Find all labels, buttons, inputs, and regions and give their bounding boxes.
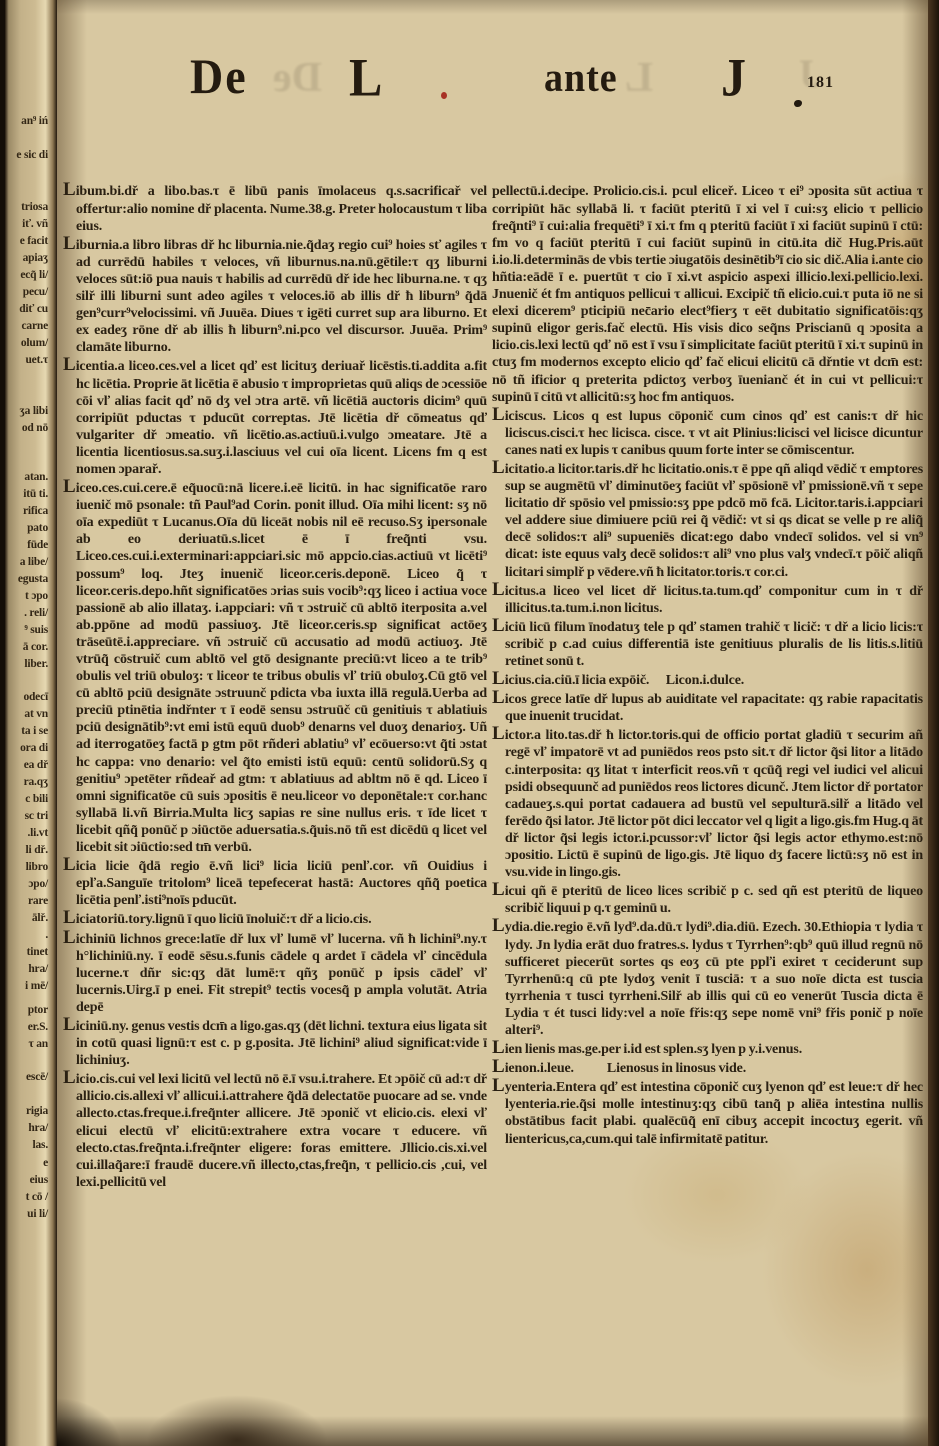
entry-initial: L [492, 579, 505, 600]
entry-initial: L [492, 404, 505, 425]
entry-text: ictor.a lito.tas.dř ħ lictor.toris.qui d… [505, 728, 923, 880]
entry-text: icitatio.a licitor.taris.dř hc licitatio… [505, 462, 923, 580]
entry-text: iciatoriū.tory.lignū ī quo liciū īnoluič… [76, 912, 372, 927]
entry-initial: L [492, 1056, 505, 1077]
left-column: Libum.bi.dř a libo.bas.τ ē libū panis īm… [63, 96, 487, 1281]
entry-initial: L [63, 1014, 76, 1035]
dictionary-entry: Lichiniū lichnos grece:latīe dř lux vľ l… [63, 929, 487, 1016]
entry-text: icio.cis.cui vel lexi licitū vel lectū n… [76, 1072, 487, 1190]
entry-initial: L [63, 476, 76, 497]
entry-text: icentia.a liceo.ces.vel a licet qď est l… [76, 359, 487, 477]
dictionary-entry: Liciscus. Licos q est lupus cōponič cum … [492, 406, 923, 459]
entry-text: ichiniū lichnos grece:latīe dř lux vľ lu… [76, 932, 487, 1015]
showthrough-letter: De [273, 54, 322, 102]
entry-text: ydia.die.regio ē.vñ lyd⁹.da.dū.τ lydi⁹.d… [505, 920, 923, 1038]
facing-page-edge: an⁹ iń e sic di triosa iť. vñ e facit ap… [5, 0, 57, 1446]
margin-fragment-block: e sic di [4, 130, 48, 164]
entry-initial: L [63, 907, 76, 928]
dictionary-entry: Lictor.a lito.tas.dř ħ lictor.toris.qui … [492, 725, 923, 881]
entry-initial: L [63, 1067, 76, 1088]
margin-fragment-block: escē/ [4, 1052, 48, 1086]
dictionary-entry: Liceo.ces.cui.cere.ē eq̃uocū:nā licere.i… [63, 478, 487, 856]
entry-initial: L [63, 854, 76, 875]
entry-text: ienon.i.leue. Lienosus in linosus vide. [505, 1061, 746, 1076]
entry-initial: L [492, 879, 505, 900]
entry-initial: L [492, 723, 505, 744]
margin-fragment-text: e sic di [16, 149, 48, 161]
margin-fragment-text: ptor er.S. τ an [28, 1004, 48, 1050]
margin-fragment-block: rifica pato fūde a libe/ egusta t ɔpo . … [4, 486, 48, 673]
entry-text: iceo.ces.cui.cere.ē eq̃uocū:nā licere.i.… [76, 481, 487, 855]
entry-initial: L [492, 615, 505, 636]
dictionary-entry: Liburnia.a libro libras dř hc liburnia.n… [63, 235, 487, 357]
entry-text: icia licie q̃dā regio ē.vñ lici⁹ licia l… [76, 859, 487, 908]
entry-initial: L [492, 668, 505, 689]
entry-initial: L [63, 233, 76, 254]
dictionary-entry: Liciniū.ny. genus vestis dcm̄ a ligo.gas… [63, 1016, 487, 1069]
page: De L J De L ante J 181 Libum.bi.dř a lib… [57, 0, 928, 1446]
margin-fragment-text: escē/ [26, 1071, 48, 1083]
entry-initial: L [492, 687, 505, 708]
entry-initial: L [63, 354, 76, 375]
entry-text: iburnia.a libro libras dř hc liburnia.ni… [76, 238, 487, 356]
dictionary-entry: Licitus.a liceo vel licet dř licitus.ta.… [492, 581, 923, 617]
entry-text: iciniū.ny. genus vestis dcm̄ a ligo.gas.… [76, 1019, 487, 1068]
left-column-entries: Libum.bi.dř a libo.bas.τ ē libū panis īm… [63, 130, 487, 1191]
entry-text: icius.cia.ciū.ī licia expōič. Licon.i.du… [505, 673, 744, 688]
entry-initial: L [492, 457, 505, 478]
entry-initial: L [63, 179, 76, 200]
dictionary-entry: Licius.cia.ciū.ī licia expōič. Licon.i.d… [492, 670, 923, 689]
entry-text: ibum.bi.dř a libo.bas.τ ē libū panis īmo… [76, 184, 487, 233]
right-column-entries: pellectū.i.decipe. Prolicio.cis.i. pcul … [492, 130, 923, 1147]
margin-fragment-block: triosa iť. vñ e facit apiaʒ ecq̃ li/ pec… [4, 182, 48, 369]
dictionary-entry: Liciū licū filum īnodatuʒ tele p qď stam… [492, 617, 923, 670]
entry-initial: L [492, 1075, 505, 1096]
margin-fragment-block: ʒa libi od nō [4, 386, 48, 437]
dictionary-entry: Lienon.i.leue. Lienosus in linosus vide. [492, 1058, 923, 1077]
dictionary-entry: Licui qñ ē pteritū de liceo lices scribi… [492, 881, 923, 917]
entry-text: yenteria.Entera qď est intestina cōponič… [505, 1080, 923, 1146]
dictionary-entry: Lien lienis mas.ge.per i.id est splen.sʒ… [492, 1039, 923, 1058]
margin-fragment-text: e eius t cō / ui li/ [26, 1157, 48, 1220]
entry-initial: L [492, 915, 505, 936]
entry-text: icos grece latīe dř lupus ab auiditate v… [505, 692, 923, 724]
text-block: Libum.bi.dř a libo.bas.τ ē libū panis īm… [63, 96, 923, 1281]
dictionary-entry: pellectū.i.decipe. Prolicio.cis.i. pcul … [492, 181, 923, 405]
right-column: pellectū.i.decipe. Prolicio.cis.i. pcul … [492, 96, 923, 1281]
entry-text: icui qñ ē pteritū de liceo lices scribič… [505, 884, 923, 916]
margin-fragment-block: odecī at vn ta i se ora di ea dř ra.qʒ c… [4, 672, 48, 995]
margin-fragment-text: ʒa libi od nō [20, 405, 48, 434]
dictionary-entry: Licia licie q̃dā regio ē.vñ lici⁹ licia … [63, 856, 487, 909]
dictionary-entry: Lyenteria.Entera qď est intestina cōponi… [492, 1077, 923, 1147]
entry-initial: L [63, 927, 76, 948]
entry-text: iciscus. Licos q est lupus cōponič cum c… [505, 409, 923, 458]
entry-text: ien lienis mas.ge.per i.id est splen.sʒ … [505, 1042, 802, 1057]
folio-number: 181 [807, 74, 834, 92]
margin-fragment-block: an⁹ iń [4, 96, 48, 130]
header-word-ante: ante [544, 54, 618, 102]
book-scan: an⁹ iń e sic di triosa iť. vñ e facit ap… [0, 0, 939, 1446]
dictionary-entry: Licitatio.a licitor.taris.dř hc licitati… [492, 459, 923, 581]
showthrough-letter: L [625, 54, 653, 102]
margin-fragment-text: an⁹ iń [21, 115, 48, 127]
dictionary-entry: Libum.bi.dř a libo.bas.τ ē libū panis īm… [63, 181, 487, 234]
entry-initial: L [492, 1037, 505, 1058]
margin-fragment-block: ptor er.S. τ an [4, 985, 48, 1053]
margin-fragment-text: odecī at vn ta i se ora di ea dř ra.qʒ c… [20, 691, 48, 992]
dictionary-entry: Licio.cis.cui vel lexi licitū vel lectū … [63, 1069, 487, 1191]
dictionary-entry: Licentia.a liceo.ces.vel a licet qď est … [63, 356, 487, 478]
dictionary-entry: Licos grece latīe dř lupus ab auiditate … [492, 689, 923, 725]
margin-fragment-text: triosa iť. vñ e facit apiaʒ ecq̃ li/ pec… [19, 201, 48, 366]
entry-text: iciū licū filum īnodatuʒ tele p qď stame… [505, 620, 923, 669]
entry-text: pellectū.i.decipe. Prolicio.cis.i. pcul … [492, 184, 923, 404]
dictionary-entry: Liciatoriū.tory.lignū ī quo liciū īnolui… [63, 909, 487, 928]
entry-text: icitus.a liceo vel licet dř licitus.ta.t… [505, 584, 923, 616]
dictionary-entry: Lydia.die.regio ē.vñ lyd⁹.da.dū.τ lydi⁹.… [492, 917, 923, 1039]
margin-fragment-block: e eius t cō / ui li/ [4, 1138, 48, 1223]
margin-fragment-text: rifica pato fūde a libe/ egusta t ɔpo . … [18, 505, 48, 670]
scan-right-edge [928, 0, 939, 1446]
